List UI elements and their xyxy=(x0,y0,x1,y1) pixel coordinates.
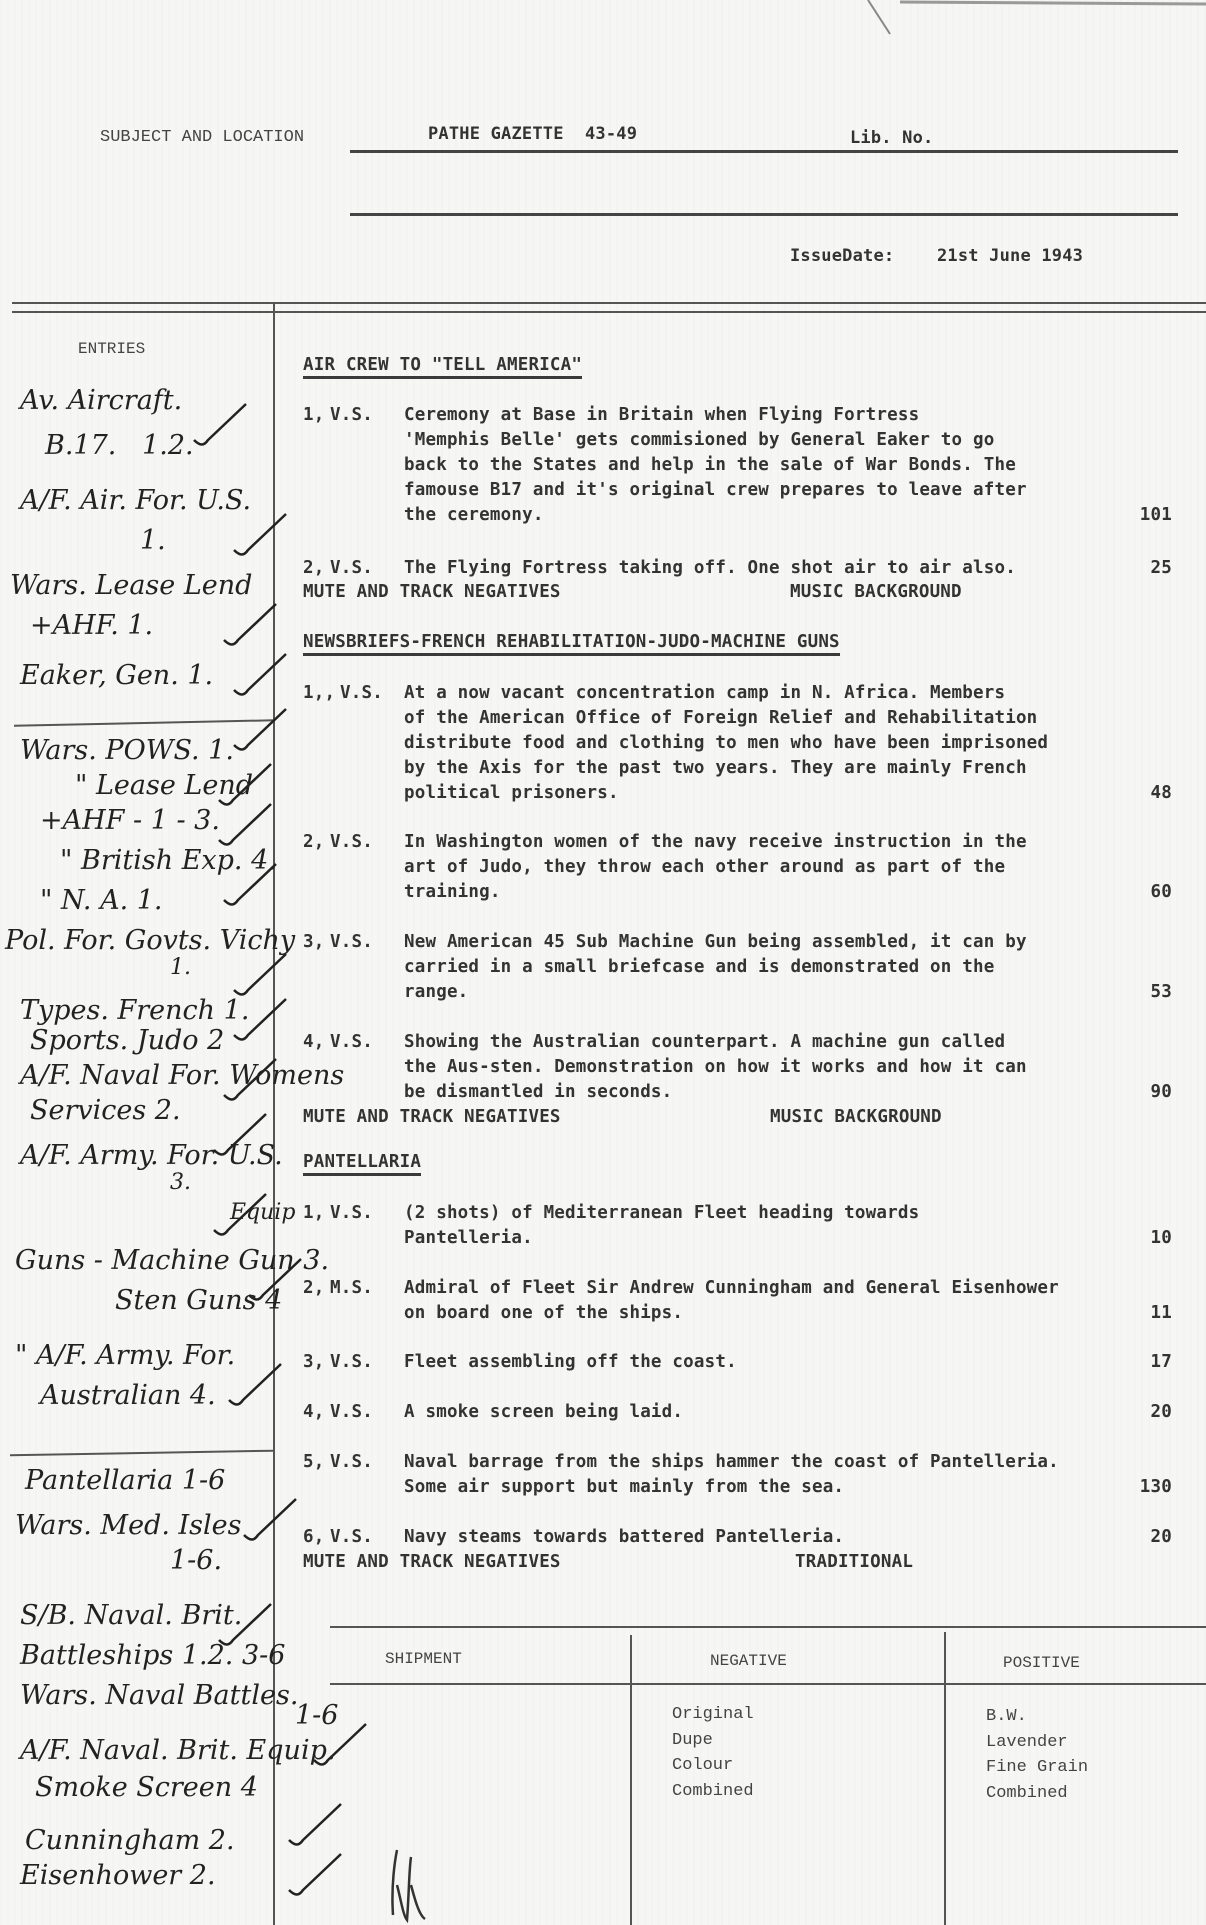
shot-description-line: Pantelleria. xyxy=(404,1228,533,1248)
handwritten-entry: " A/F. Army. For. xyxy=(15,1340,235,1371)
shot-description-line: The Flying Fortress taking off. One shot… xyxy=(404,558,1016,578)
shot-description-line: on board one of the ships. xyxy=(404,1303,683,1323)
shot-footage: 20 xyxy=(1112,1527,1172,1547)
shot-number: 2, xyxy=(303,1278,324,1298)
check-mark-icon xyxy=(230,995,290,1045)
shot-type: V.S. xyxy=(330,1527,373,1547)
check-mark-icon xyxy=(220,860,280,910)
negatives-note: MUTE AND TRACK NEGATIVES xyxy=(303,582,561,602)
shot-description-line: Some air support but mainly from the sea… xyxy=(404,1477,844,1497)
handwritten-entry: Wars. Lease Lend xyxy=(10,570,252,601)
shot-description-line: famouse B17 and it's original crew prepa… xyxy=(404,480,1027,500)
signature-initials xyxy=(385,1845,435,1925)
handwritten-entry: +AHF. 1. xyxy=(30,610,153,641)
shot-number: 4, xyxy=(303,1402,324,1422)
negative-header: NEGATIVE xyxy=(710,1652,787,1670)
shot-description-line: Fleet assembling off the coast. xyxy=(404,1352,737,1372)
handwritten-entry: Australian 4. xyxy=(40,1380,216,1411)
shot-type: V.S. xyxy=(340,683,383,703)
positive-option: B.W. xyxy=(986,1704,1088,1730)
shipment-header: SHIPMENT xyxy=(385,1650,462,1668)
shot-type: V.S. xyxy=(330,1352,373,1372)
shot-description-line: the Aus-sten. Demonstration on how it wo… xyxy=(404,1057,1027,1077)
handwritten-entry: Pantellaria 1-6 xyxy=(25,1465,225,1496)
shot-type: V.S. xyxy=(330,932,373,952)
check-mark-icon xyxy=(310,1720,370,1770)
subject-line-2 xyxy=(350,213,1178,216)
double-rule-top xyxy=(12,302,1206,304)
shot-description-line: A smoke screen being laid. xyxy=(404,1402,683,1422)
shot-description-line: New American 45 Sub Machine Gun being as… xyxy=(404,932,1027,952)
positive-option: Fine Grain xyxy=(986,1755,1088,1781)
entries-label: ENTRIES xyxy=(78,340,145,358)
shot-type: V.S. xyxy=(330,1402,373,1422)
sound-note: MUSIC BACKGROUND xyxy=(770,1107,942,1127)
handwritten-entry: " N. A. 1. xyxy=(40,885,163,916)
check-mark-icon xyxy=(245,1255,305,1305)
check-mark-icon xyxy=(210,1110,270,1160)
shot-number: 3, xyxy=(303,932,324,952)
subject-line-1 xyxy=(350,150,1178,153)
handwritten-entry: 1-6. xyxy=(170,1545,222,1576)
shipment-table-header-rule xyxy=(330,1683,1206,1685)
shot-number: 6, xyxy=(303,1527,324,1547)
check-mark-icon xyxy=(210,1190,270,1240)
shot-number: 2, xyxy=(303,558,324,578)
handwritten-entry: Eisenhower 2. xyxy=(20,1860,216,1891)
handwritten-entry: 1. xyxy=(170,955,191,980)
double-rule-bottom xyxy=(12,311,1206,313)
handwritten-entry: Wars. Naval Battles. xyxy=(20,1680,298,1711)
handwritten-entry: Eaker, Gen. 1. xyxy=(20,660,213,691)
handwritten-entry: +AHF - 1 - 3. xyxy=(40,805,220,836)
check-mark-icon xyxy=(230,705,290,755)
shot-description-line: (2 shots) of Mediterranean Fleet heading… xyxy=(404,1203,919,1223)
negatives-note: MUTE AND TRACK NEGATIVES xyxy=(303,1552,561,1572)
check-mark-icon xyxy=(230,510,290,560)
check-mark-icon xyxy=(230,950,290,1000)
shot-number: 3, xyxy=(303,1352,324,1372)
shipment-col-divider-2 xyxy=(944,1632,946,1925)
issue-code: 43-49 xyxy=(585,124,637,144)
sound-note: TRADITIONAL xyxy=(795,1552,913,1572)
shot-description-line: range. xyxy=(404,982,468,1002)
handwritten-entry: Cunningham 2. xyxy=(25,1825,235,1856)
shot-description-line: Admiral of Fleet Sir Andrew Cunningham a… xyxy=(404,1278,1059,1298)
handwritten-entry: Types. French 1. xyxy=(20,995,249,1026)
shot-footage: 60 xyxy=(1112,882,1172,902)
shot-footage: 130 xyxy=(1112,1477,1172,1497)
check-mark-icon xyxy=(230,650,290,700)
negatives-note: MUTE AND TRACK NEGATIVES xyxy=(303,1107,561,1127)
shot-type: V.S. xyxy=(330,832,373,852)
shot-description-line: Navy steams towards battered Pantelleria… xyxy=(404,1527,844,1547)
shot-number: 1, xyxy=(303,1203,324,1223)
shot-description-line: political prisoners. xyxy=(404,783,619,803)
shot-description-line: back to the States and help in the sale … xyxy=(404,455,1016,475)
handwritten-entry: S/B. Naval. Brit. xyxy=(20,1600,242,1631)
shot-number: 1,, xyxy=(303,683,335,703)
shot-number: 2, xyxy=(303,832,324,852)
shot-footage: 90 xyxy=(1112,1082,1172,1102)
shot-description-line: distribute food and clothing to men who … xyxy=(404,733,1048,753)
shot-footage: 20 xyxy=(1112,1402,1172,1422)
shot-number: 1, xyxy=(303,405,324,425)
check-mark-icon xyxy=(225,1360,285,1410)
shot-type: V.S. xyxy=(330,558,373,578)
shipment-col-divider-1 xyxy=(630,1635,632,1925)
shot-footage: 11 xyxy=(1112,1303,1172,1323)
handwritten-entry: Av. Aircraft. xyxy=(20,385,182,416)
shot-description-line: Naval barrage from the ships hammer the … xyxy=(404,1452,1059,1472)
handwritten-entry: Wars. POWS. 1. xyxy=(20,735,234,766)
check-mark-icon xyxy=(240,1495,300,1545)
handwritten-entry: A/F. Naval For. Womens xyxy=(20,1060,344,1091)
negative-option: Dupe xyxy=(672,1728,754,1754)
negative-option: Colour xyxy=(672,1753,754,1779)
shot-description-line: art of Judo, they throw each other aroun… xyxy=(404,857,1005,877)
shot-type: V.S. xyxy=(330,1032,373,1052)
subject-location-label: SUBJECT AND LOCATION xyxy=(100,128,304,147)
shot-description-line: At a now vacant concentration camp in N.… xyxy=(404,683,1005,703)
lib-no-label: Lib. No. xyxy=(850,128,933,148)
story-title: AIR CREW TO "TELL AMERICA" xyxy=(303,355,582,379)
shot-description-line: by the Axis for the past two years. They… xyxy=(404,758,1027,778)
check-mark-icon xyxy=(220,600,280,650)
handwritten-entry: Smoke Screen 4 xyxy=(35,1772,258,1803)
shot-footage: 17 xyxy=(1112,1352,1172,1372)
handwritten-entry: 1. xyxy=(140,525,166,556)
sound-note: MUSIC BACKGROUND xyxy=(790,582,962,602)
story-title: PANTELLARIA xyxy=(303,1152,421,1176)
handwritten-entry: B.17. 1.2. xyxy=(45,430,194,461)
handwritten-entry: Sports. Judo 2 xyxy=(30,1025,224,1056)
negative-option: Original xyxy=(672,1702,754,1728)
positive-option: Combined xyxy=(986,1781,1088,1807)
positive-header: POSITIVE xyxy=(1003,1654,1080,1672)
scan-artifact xyxy=(860,0,1206,40)
check-mark-icon xyxy=(215,1600,275,1650)
issue-date-label: IssueDate: xyxy=(790,246,894,266)
shot-type: V.S. xyxy=(330,405,373,425)
shot-number: 5, xyxy=(303,1452,324,1472)
shot-type: V.S. xyxy=(330,1452,373,1472)
check-mark-icon xyxy=(190,400,250,450)
handwritten-entry: A/F. Naval. Brit. Equip. xyxy=(20,1735,335,1766)
shot-description-line: In Washington women of the navy receive … xyxy=(404,832,1027,852)
shot-description-line: Ceremony at Base in Britain when Flying … xyxy=(404,405,919,425)
story-title: NEWSBRIEFS-FRENCH REHABILITATION-JUDO-MA… xyxy=(303,632,840,656)
check-mark-icon xyxy=(285,1850,345,1900)
shot-footage: 48 xyxy=(1112,783,1172,803)
check-mark-icon xyxy=(285,1800,345,1850)
check-mark-icon xyxy=(215,800,275,850)
handwritten-entry: A/F. Air. For. U.S. xyxy=(20,485,251,516)
negative-option: Combined xyxy=(672,1779,754,1805)
shot-description-line: Showing the Australian counterpart. A ma… xyxy=(404,1032,1005,1052)
shot-description-line: 'Memphis Belle' gets commisioned by Gene… xyxy=(404,430,994,450)
handwritten-entry: Services 2. xyxy=(30,1095,181,1126)
shot-footage: 10 xyxy=(1112,1228,1172,1248)
shot-description-line: training. xyxy=(404,882,501,902)
shot-footage: 53 xyxy=(1112,982,1172,1002)
positive-options: B.W.LavenderFine GrainCombined xyxy=(986,1704,1088,1806)
shot-footage: 101 xyxy=(1112,505,1172,525)
shot-description-line: the ceremony. xyxy=(404,505,544,525)
shot-type: M.S. xyxy=(330,1278,373,1298)
shot-description-line: of the American Office of Foreign Relief… xyxy=(404,708,1037,728)
handwritten-entry: Wars. Med. Isles xyxy=(15,1510,242,1541)
document-title: PATHE GAZETTE xyxy=(428,124,564,144)
issue-date: 21st June 1943 xyxy=(937,246,1083,266)
check-mark-icon xyxy=(220,1055,280,1105)
shot-description-line: carried in a small briefcase and is demo… xyxy=(404,957,994,977)
positive-option: Lavender xyxy=(986,1730,1088,1756)
negative-options: OriginalDupeColourCombined xyxy=(672,1702,754,1804)
shipment-table-top xyxy=(330,1626,1206,1628)
shot-number: 4, xyxy=(303,1032,324,1052)
shot-type: V.S. xyxy=(330,1203,373,1223)
shot-description-line: be dismantled in seconds. xyxy=(404,1082,672,1102)
handwritten-entry: 3. xyxy=(170,1170,191,1195)
shot-footage: 25 xyxy=(1112,558,1172,578)
